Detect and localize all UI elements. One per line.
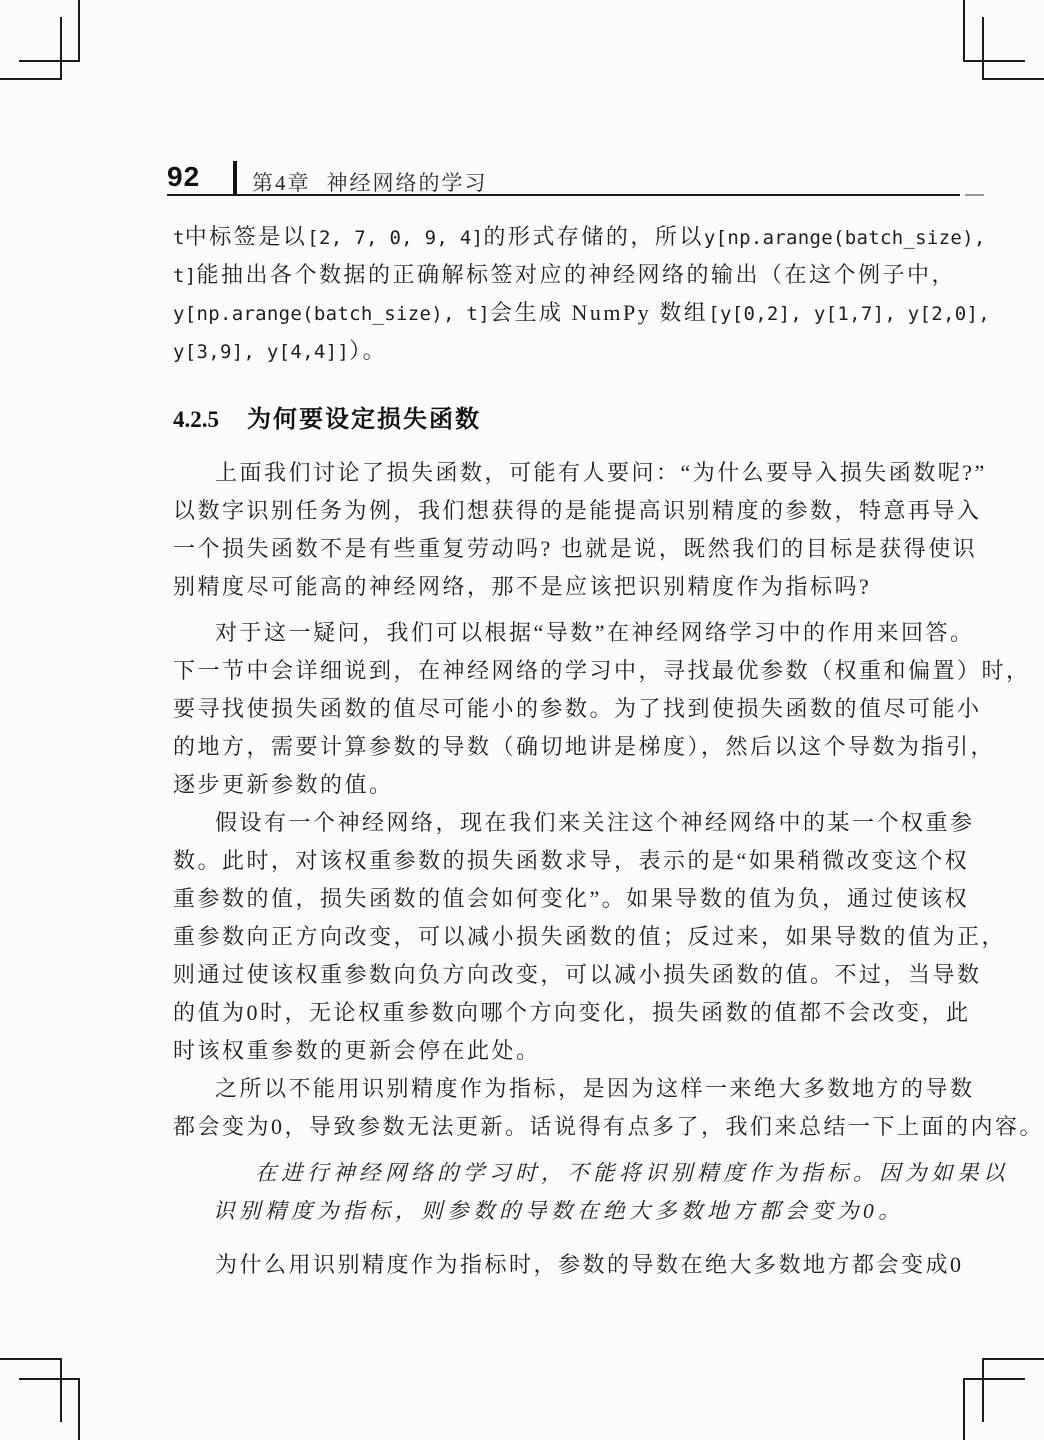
text-line: y[3,9], y[4,4]]）。	[173, 332, 984, 370]
section-number: 4.2.5	[173, 407, 219, 432]
text-run: 逐步更新参数的值。	[173, 772, 394, 797]
text-line: 以数字识别任务为例，我们想获得的是能提高识别精度的参数，特意再导入	[173, 492, 984, 530]
text-run: 也就是说，既然我们的目标是获得使识	[561, 536, 978, 561]
text-run: NumPy	[563, 300, 659, 325]
header-rule-end	[965, 194, 984, 196]
text-run: 假设有一个神经网络，现在我们来关注这个神经网络中的某一个权重参	[215, 810, 975, 835]
text-run: 上面我们讨论了损失函数，可能有人要问：“为什么要导入损失函数呢	[215, 460, 962, 485]
text-run: 以数字识别任务为例，我们想获得的是能提高识别精度的参数，特意再导入	[173, 498, 982, 523]
text-line: y[np.arange(batch_size), t]会生成 NumPy 数组[…	[173, 294, 984, 332]
crop-mark	[78, 0, 80, 62]
text-line: 则通过使该权重参数向负方向改变，可以减小损失函数的值。不过，当导数	[173, 956, 984, 994]
text-run: 重参数向正方向改变，可以减小损失函数的值；反过来，如果导数的值为正，	[173, 924, 1006, 949]
text-run: 。	[878, 1199, 904, 1223]
text-run: y[np.arange(batch_size),	[704, 227, 986, 249]
book-page: 92 第4章神经网络的学习 t中标签是以[2, 7, 0, 9, 4]的形式存储…	[0, 0, 1044, 1440]
text-run: 对于这一疑问，我们可以根据“导数”在神经网络学习中的作用来回答。	[215, 620, 975, 645]
text-line: t中标签是以[2, 7, 0, 9, 4]的形式存储的，所以y[np.arang…	[173, 218, 984, 256]
text-line: 之所以不能用识别精度作为指标，是因为这样一来绝大多数地方的导数	[173, 1070, 984, 1108]
text-run: 0	[271, 1114, 285, 1139]
chapter-label: 第4章	[252, 171, 311, 195]
crop-mark	[982, 1358, 1044, 1360]
text-line: 假设有一个神经网络，现在我们来关注这个神经网络中的某一个权重参	[173, 804, 984, 842]
text-run: 下一节中会详细说到，在神经网络的学习中，寻找最优参数（权重和偏置）时，	[173, 658, 1031, 683]
crop-mark	[964, 60, 1025, 62]
crop-mark	[60, 17, 62, 80]
text-run: 之所以不能用识别精度作为指标，是因为这样一来绝大多数地方的导数	[215, 1076, 975, 1101]
page-number: 92	[167, 161, 200, 193]
text-column: t中标签是以[2, 7, 0, 9, 4]的形式存储的，所以y[np.arang…	[173, 218, 984, 1284]
text-run: 在进行神经网络的学习时，不能将识别精度作为指标。因为如果以	[255, 1161, 1009, 1185]
text-run: 则通过使该权重参数向负方向改变，可以减小损失函数的值。不过，当导数	[173, 962, 982, 987]
crop-mark	[963, 1378, 965, 1440]
text-run: t]	[173, 265, 196, 287]
text-line: 为什么用识别精度作为指标时，参数的导数在绝大多数地方都会变成0	[173, 1246, 984, 1284]
text-run: 0	[247, 1000, 261, 1025]
text-line: 在进行神经网络的学习时，不能将识别精度作为指标。因为如果以	[213, 1154, 984, 1192]
text-run: ?	[859, 574, 871, 599]
crop-mark	[0, 78, 62, 80]
crop-mark	[982, 1358, 984, 1422]
text-line: 都会变为0，导致参数无法更新。话说得有点多了，我们来总结一下上面的内容。	[173, 1108, 984, 1146]
crop-mark	[78, 1378, 80, 1440]
crop-mark	[19, 1378, 80, 1380]
chapter-title: 神经网络的学习	[327, 171, 488, 195]
text-line: 逐步更新参数的值。	[173, 766, 984, 804]
text-run: 中标签是以	[185, 224, 308, 249]
text-run: ”	[975, 460, 987, 485]
crop-mark	[60, 1358, 62, 1422]
text-run: 0	[950, 1252, 964, 1277]
para-why-loss: 上面我们讨论了损失函数，可能有人要问：“为什么要导入损失函数呢?”以数字识别任务…	[173, 454, 984, 606]
crop-mark	[963, 0, 965, 62]
text-run: ）。	[349, 338, 387, 363]
text-line: 对于这一疑问，我们可以根据“导数”在神经网络学习中的作用来回答。	[173, 614, 984, 652]
running-head: 第4章神经网络的学习	[252, 167, 488, 197]
para-why-accuracy-zero: 为什么用识别精度作为指标时，参数的导数在绝大多数地方都会变成0	[173, 1246, 984, 1284]
text-line: 重参数向正方向改变，可以减小损失函数的值；反过来，如果导数的值为正，	[173, 918, 984, 956]
text-run: 的地方，需要计算参数的导数（确切地讲是梯度），然后以这个导数为指引，	[173, 734, 995, 759]
section-title: 为何要设定损失函数	[247, 406, 481, 433]
text-run: 要寻找使损失函数的值尽可能小的参数。为了找到使损失函数的值尽可能小	[173, 696, 982, 721]
header-divider	[233, 161, 237, 196]
text-run: 能抽出各个数据的正确解标签对应的神经网络的输出（在这个例子中，	[196, 262, 956, 287]
crop-mark	[19, 60, 80, 62]
header-rule	[167, 194, 960, 196]
text-run: 为什么用识别精度作为指标时，参数的导数在绝大多数地方都会变成	[215, 1252, 950, 1277]
text-run: y[np.arange(batch_size), t]	[173, 303, 490, 325]
text-run: 数。此时，对该权重参数的损失函数求导，表示的是“如果稍微改变这个权	[173, 848, 969, 873]
text-run: 时该权重参数的更新会停在此处。	[173, 1038, 541, 1063]
crop-mark	[982, 17, 984, 80]
text-run: 时，无论权重参数向哪个方向变化，损失函数的值都不会改变，此	[260, 1000, 971, 1025]
para-derivative-role: 对于这一疑问，我们可以根据“导数”在神经网络学习中的作用来回答。下一节中会详细说…	[173, 614, 984, 804]
text-run: [2, 7, 0, 9, 4]	[307, 227, 483, 249]
para-batch-extract: t中标签是以[2, 7, 0, 9, 4]的形式存储的，所以y[np.arang…	[173, 218, 984, 370]
crop-mark	[964, 1378, 1025, 1380]
text-run: ?	[962, 460, 974, 485]
text-run: 一个损失函数不是有些重复劳动吗	[173, 536, 541, 561]
crop-mark	[0, 1358, 62, 1360]
text-run: 别精度尽可能高的神经网络，那不是应该把识别精度作为指标吗	[173, 574, 859, 599]
text-run: y[3,9], y[4,4]]	[173, 341, 349, 363]
text-line: 别精度尽可能高的神经网络，那不是应该把识别精度作为指标吗?	[173, 568, 984, 606]
text-run: 重参数的值，损失函数的值会如何变化”。如果导数的值为负，通过使该权	[173, 886, 969, 911]
text-line: 要寻找使损失函数的值尽可能小的参数。为了找到使损失函数的值尽可能小	[173, 690, 984, 728]
text-line: t]能抽出各个数据的正确解标签对应的神经网络的输出（在这个例子中，	[173, 256, 984, 294]
text-run: 的值为	[173, 1000, 247, 1025]
text-line: 数。此时，对该权重参数的损失函数求导，表示的是“如果稍微改变这个权	[173, 842, 984, 880]
text-run: 数组	[659, 300, 708, 325]
text-line: 的地方，需要计算参数的导数（确切地讲是梯度），然后以这个导数为指引，	[173, 728, 984, 766]
text-run: t	[173, 227, 185, 249]
text-line: 时该权重参数的更新会停在此处。	[173, 1032, 984, 1070]
text-line: 上面我们讨论了损失函数，可能有人要问：“为什么要导入损失函数呢?”	[173, 454, 984, 492]
section-heading: 4.2.5为何要设定损失函数	[173, 404, 984, 436]
text-line: 的值为0时，无论权重参数向哪个方向变化，损失函数的值都不会改变，此	[173, 994, 984, 1032]
text-line: 识别精度为指标，则参数的导数在绝大多数地方都会变为0。	[213, 1192, 984, 1230]
text-line: 一个损失函数不是有些重复劳动吗? 也就是说，既然我们的目标是获得使识	[173, 530, 984, 568]
text-run: [y[0,2], y[1,7], y[2,0],	[708, 303, 990, 325]
text-line: 重参数的值，损失函数的值会如何变化”。如果导数的值为负，通过使该权	[173, 880, 984, 918]
crop-mark	[982, 78, 1044, 80]
text-line: 下一节中会详细说到，在神经网络的学习中，寻找最优参数（权重和偏置）时，	[173, 652, 984, 690]
text-run: 的形式存储的，所以	[483, 224, 704, 249]
text-run: 识别精度为指标，则参数的导数在绝大多数地方都会变为	[213, 1199, 863, 1223]
text-run: 都会变为	[173, 1114, 271, 1139]
para-weight-derivative: 假设有一个神经网络，现在我们来关注这个神经网络中的某一个权重参数。此时，对该权重…	[173, 804, 984, 1070]
text-run: ?	[541, 536, 561, 561]
text-run: ，导致参数无法更新。话说得有点多了，我们来总结一下上面的内容。	[285, 1114, 1044, 1139]
quote-summary: 在进行神经网络的学习时，不能将识别精度作为指标。因为如果以识别精度为指标，则参数…	[213, 1154, 984, 1230]
para-accuracy-indicator: 之所以不能用识别精度作为指标，是因为这样一来绝大多数地方的导数都会变为0，导致参…	[173, 1070, 984, 1146]
text-run: 会生成	[490, 300, 564, 325]
text-run: 0	[863, 1199, 878, 1223]
